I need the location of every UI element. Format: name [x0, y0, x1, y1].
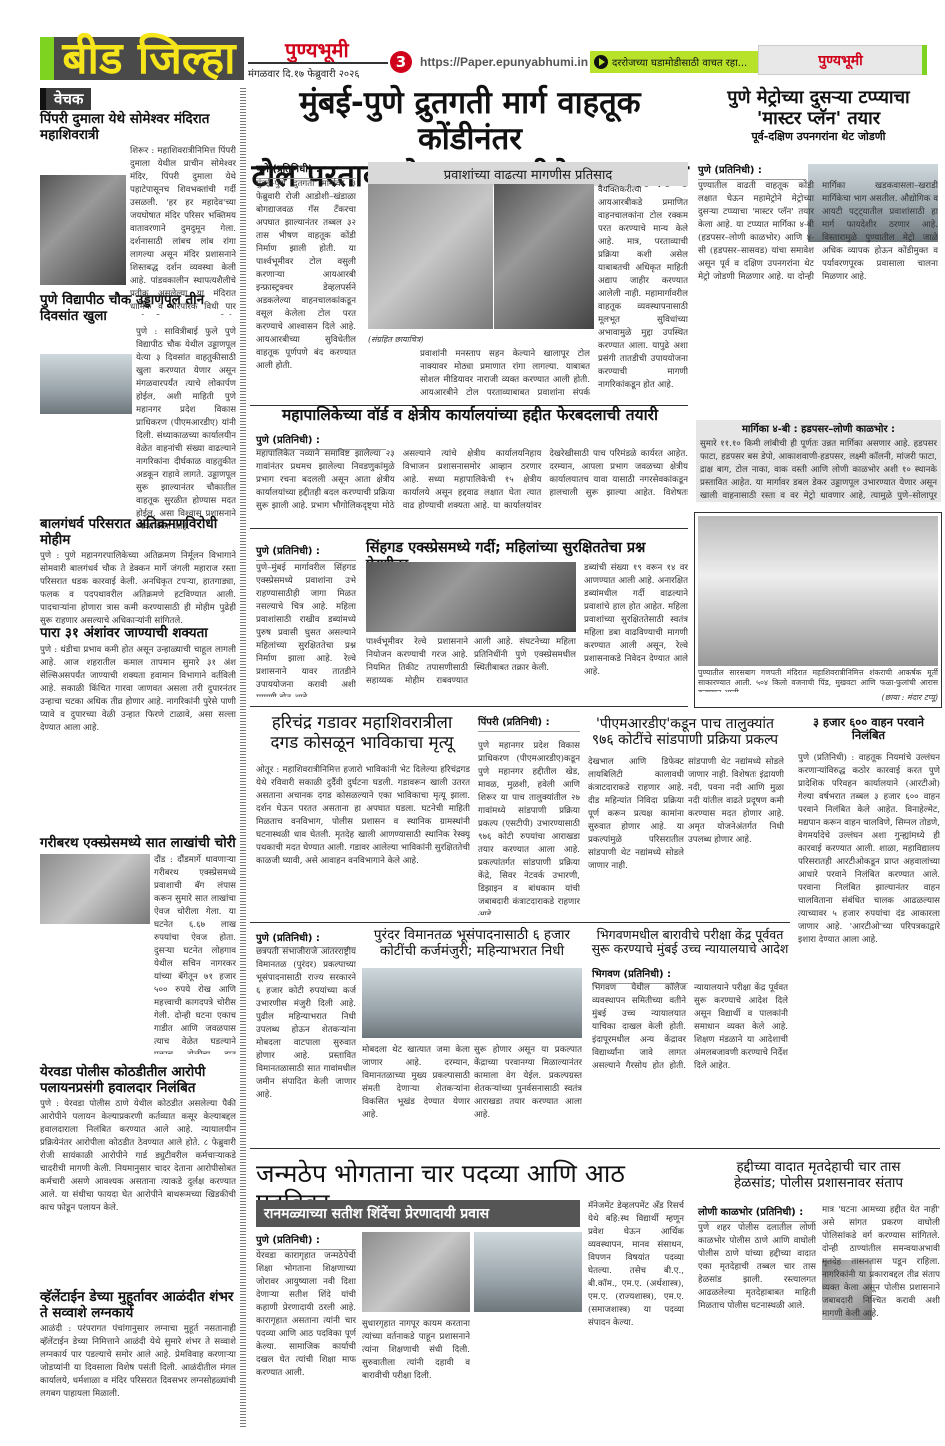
ticker-banner[interactable]: दररोजच्या घडामोडीसाठी वाचत रहा...	[590, 51, 758, 73]
hadd-body-col2: मात्र 'घटना आमच्या हद्दीत येत नाही' असे …	[822, 1204, 940, 1436]
pmrda-body-col2: सांडपाणी थेट नद्यांमध्ये सोडले जाणार नाह…	[688, 756, 784, 916]
purandar-headline: पुरंदर विमानतळ भूसंपादनासाठी ६ हजार कोटी…	[362, 928, 582, 959]
lead-body-col3: वैयक्तिकरीत्या आयआरबीकडे प्रमाणित वाहनचा…	[598, 184, 688, 400]
harishchandra-story: हरिचंद्र गडावर महाशिवरात्रीला दगड कोसळून…	[254, 714, 470, 753]
temple-photo-credit: (छाया : मंदार टप्पू)	[698, 692, 938, 703]
left-article-2: पुणे विद्यापीठ चौक उड्डाणपूल तीन दिवसांत…	[40, 293, 236, 536]
article-headline: व्हॅलेंटाईन डेच्या मुहूर्तावर आळंदीत शंभ…	[40, 1290, 236, 1321]
jail-gate-photo	[474, 1232, 582, 1312]
article-headline: येरवडा पोलीस कोठडीतील आरोपी पलायनप्रसंगी…	[40, 1065, 236, 1096]
purandar-body-col3: सुरू होणार असून या प्रकल्पात केंद्राच्या…	[474, 1044, 582, 1142]
janmathep-byline: पुणे (प्रतिनिधी) :	[256, 1232, 356, 1250]
janmathep-banner: रानमळ्याच्या सतीश शिंदेंचा प्रेरणादायी प…	[256, 1200, 580, 1227]
article-headline: बालगंधर्व परिसरात अतिक्रमणविरोधी मोहीम	[40, 517, 236, 548]
sinhagad-body-col3: डब्यांची संख्या १९ वरून १४ वर आणण्यात आल…	[584, 562, 688, 698]
column-divider	[240, 88, 246, 1428]
section-title: बीड जिल्हा	[62, 37, 235, 81]
harishchandra-body: ओतूर : महाशिवरात्रीनिमित्त हजारो भाविकां…	[256, 764, 470, 914]
purandar-body-col1: छत्रपती संभाजीराजे आंतरराष्ट्रीय विमानतळ…	[256, 946, 356, 1142]
purandar-headline-line2: कोटींची कर्जमंजुरी; महिन्याभरात निधी	[362, 944, 582, 960]
airport-render-photo	[362, 968, 582, 1038]
harishchandra-headline-line2: दगड कोसळून भाविकाचा मृत्यू	[254, 734, 470, 754]
temple-photo-box: पुण्यातील सारसबाग गणपती मंदिरात महाशिवरा…	[694, 512, 942, 708]
ticker-text: दररोजच्या घडामोडीसाठी वाचत रहा...	[612, 55, 747, 69]
purandar-body-col2: मोबदला थेट खात्यात जमा केला जाणार आहे. द…	[362, 1044, 470, 1142]
masthead-green-end	[922, 45, 927, 75]
article-headline: पिंपरी दुमाला येथे सोमेश्वर मंदिरात महाश…	[40, 112, 236, 143]
metro-headline-line1: पुणे मेट्रोच्या दुसऱ्या टप्प्याचा	[696, 88, 941, 109]
pmrda-headline: 'पीएमआरडीए'कडून पाच तालुक्यांत ९७६ कोटीं…	[585, 716, 785, 748]
section-rule	[250, 1148, 940, 1149]
flyover-photo	[40, 354, 132, 414]
metro-route-box: मार्गिका ४-बी : हडपसर–लोणी काळभोर : सुमा…	[696, 420, 941, 502]
article-headline: पारा ३१ अंशांवर जाण्याची शक्यता	[40, 626, 236, 642]
pmrda-body-left: पुणे महानगर प्रदेश विकास प्राधिकरण (पीएम…	[478, 740, 580, 915]
ward-body: महापालिकेत नव्याने समाविष्ट झालेल्या २३ …	[256, 448, 688, 523]
train-photo	[40, 854, 150, 924]
play-icon	[594, 55, 608, 69]
thumbnail-brand: पुण्यभूमी	[818, 51, 863, 70]
section-rule	[250, 922, 790, 923]
rto-story: ३ हजार ६०० वाहन परवाने निलंबित	[796, 716, 941, 742]
bhigwan-headline: भिगवणमधील बारावीचे परीक्षा केंद्र पूर्वव…	[590, 928, 790, 957]
hadd-body-col1: पुणे शहर पोलीस दलातील लोणी काळभोर पोलीस …	[698, 1222, 816, 1436]
article-body: शिरूर : महाशिवरात्रीनिमित्त पिंपरी दुमाल…	[130, 145, 236, 315]
ward-headline: महापालिकेच्या वॉर्ड व क्षेत्रीय कार्यालय…	[250, 407, 690, 425]
section-tag-vechak: वेचक	[40, 88, 91, 110]
metro-box-body: सुमारे ११.१० किमी लांबीची ही पूर्णतः उन्…	[700, 438, 937, 500]
section-rule	[250, 706, 688, 707]
toll-plaza-photo	[368, 184, 493, 329]
hadd-byline: लोणी काळभोर (प्रतिनिधी) :	[698, 1204, 816, 1222]
pmrda-headline-line1: 'पीएमआरडीए'कडून पाच तालुक्यांत	[585, 716, 785, 732]
purandar-headline-line1: पुरंदर विमानतळ भूसंपादनासाठी ६ हजार	[362, 928, 582, 944]
tunnel-traffic-photo	[494, 184, 594, 329]
hadd-headline: हद्दीच्या वादात मृतदेहाची चार तास हेळसां…	[696, 1160, 941, 1191]
left-article-3: बालगंधर्व परिसरात अतिक्रमणविरोधी मोहीम प…	[40, 517, 236, 642]
left-article-1: पिंपरी दुमाला येथे सोमेश्वर मंदिरात महाश…	[40, 112, 236, 315]
sinhagad-body-col1: पुणे–मुंबई मार्गावरील सिंहगड एक्स्प्रेसम…	[256, 562, 356, 697]
masthead-rule	[248, 62, 388, 64]
metro-story: पुणे मेट्रोच्या दुसऱ्या टप्प्याचा 'मास्ट…	[696, 88, 941, 144]
pmrda-byline: पिंपरी (प्रतिनिधी) :	[478, 714, 580, 732]
bhigwan-body: भिगवण येथील कॉलेज व्यवस्थापन समितीच्या व…	[592, 982, 788, 1142]
masthead-section-box: बीड जिल्हा	[54, 37, 244, 80]
left-article-6: येरवडा पोलीस कोठडीतील आरोपी पलायनप्रसंगी…	[40, 1065, 236, 1293]
brand-logo: पुण्यभूमी	[285, 36, 349, 63]
article-headline: पुणे विद्यापीठ चौक उड्डाणपूल तीन दिवसांत…	[40, 293, 236, 324]
article-headline: गरीबरथ एक्स्प्रेसमध्ये सात लाखांची चोरी	[40, 836, 236, 852]
lead-headline-line1: मुंबई-पुणे द्रुतगती मार्ग वाहतूक कोंडीनं…	[250, 86, 690, 157]
shiva-lingam-photo	[40, 175, 126, 285]
sinhagad-byline: पुणे (प्रतिनिधी) :	[256, 543, 356, 561]
crowded-train-photo	[366, 562, 576, 632]
lead-body-col2: प्रवाशांनी मनस्ताप सहन केल्याने खालापूर …	[420, 348, 590, 400]
section-rule	[250, 528, 688, 529]
rto-headline-line2: निलंबित	[796, 729, 941, 742]
masthead-green-strip	[40, 37, 54, 80]
lead-byline: पुणे (प्रतिनिधी) :	[256, 161, 356, 179]
sinhagad-body-col2: पार्श्वभूमीवर रेल्वे प्रशासनाने नियोजन क…	[366, 636, 576, 698]
temple-idol-photo	[698, 516, 938, 666]
article-body: पुणे : येरवडा पोलीस ठाणे येथील कोठडीत अस…	[40, 1098, 236, 1293]
janmathep-body-col3: मॅनेजमेंट डेव्हलपमेंट अँड रिसर्च येथे बह…	[588, 1200, 684, 1436]
hadd-headline-line1: हद्दीच्या वादात मृतदेहाची चार तास	[696, 1160, 941, 1176]
metro-box-title: मार्गिका ४-बी : हडपसर–लोणी काळभोर :	[700, 424, 937, 436]
janmathep-body-col2: सुधारगृहात नागपूर कायम करताना त्यांच्या …	[362, 1318, 470, 1436]
bhigwan-headline-line2: सुरू करण्याचे मुंबई उच्च न्यायालयाचे आदे…	[590, 942, 790, 956]
temple-photo-caption: पुण्यातील सारसबाग गणपती मंदिरात महाशिवरा…	[698, 668, 938, 692]
hadd-headline-line2: हेळसांड; पोलीस प्रशासनावर संताप	[696, 1176, 941, 1192]
metro-byline: पुणे (प्रतिनिधी) :	[698, 162, 806, 180]
pmrda-headline-line2: ९७६ कोटींचे सांडपाणी प्रक्रिया प्रकल्प	[585, 732, 785, 748]
lead-banner: प्रवाशांच्या वाढत्या मागणीस प्रतिसाद	[368, 162, 688, 186]
satish-shinde-portrait	[362, 1232, 470, 1312]
issue-date: मंगळवार दि.१७ फेब्रुवारी २०२६	[248, 66, 360, 80]
lead-body-col1: मुंबई–पुणे द्रुतगती मार्गावर ३ फेब्रुवार…	[256, 178, 356, 398]
article-body: पुणे : थंडीचा प्रभाव कमी होत असून उन्हाळ…	[40, 644, 236, 840]
pmrda-body-col1: देखभाल आणि डिफेक्ट लायबिलिटी कालावधी कंत…	[588, 756, 684, 916]
metro-body: पुण्यातील वाढती वाहतूक कोंडी लक्षात घेऊन…	[698, 180, 938, 370]
left-article-7: व्हॅलेंटाईन डेच्या मुहूर्तावर आळंदीत शंभ…	[40, 1290, 236, 1433]
newspaper-thumbnail: पुण्यभूमी	[758, 45, 923, 75]
article-body: पुणे : सावित्रीबाई फुले पुणे विद्यापीठ च…	[136, 326, 236, 536]
janmathep-body-col1: येरवडा कारागृहात जन्मठेपेची शिक्षा भोगता…	[256, 1250, 356, 1436]
epaper-url-link[interactable]: https://Paper.epunyabhumi.in	[420, 55, 588, 69]
article-body: आळंदी : परंपरागत पंचांगानुसार लग्नाचा मु…	[40, 1323, 236, 1433]
left-article-4: पारा ३१ अंशांवर जाण्याची शक्यता पुणे : थ…	[40, 626, 236, 840]
bhigwan-headline-line1: भिगवणमधील बारावीचे परीक्षा केंद्र पूर्वव…	[590, 928, 790, 942]
left-article-5: गरीबरथ एक्स्प्रेसमध्ये सात लाखांची चोरी …	[40, 836, 236, 1054]
article-body: दौंड : दौंडमार्गे धावणाऱ्या गरीबरथ एक्स्…	[154, 854, 236, 1054]
metro-headline-line2: 'मास्टर प्लॅन' तयार	[696, 109, 941, 130]
lead-photo-caption: (संग्रहित छायाचित्र)	[368, 334, 478, 345]
page-number-badge: 3	[390, 51, 412, 73]
rto-body: पुणे (प्रतिनिधी) : वाहतूक नियमांचे उल्लं…	[798, 752, 940, 1132]
metro-subheadline: पूर्व-दक्षिण उपनगरांना थेट जोडणी	[696, 131, 941, 144]
harishchandra-headline-line1: हरिचंद्र गडावर महाशिवरात्रीला	[254, 714, 470, 734]
